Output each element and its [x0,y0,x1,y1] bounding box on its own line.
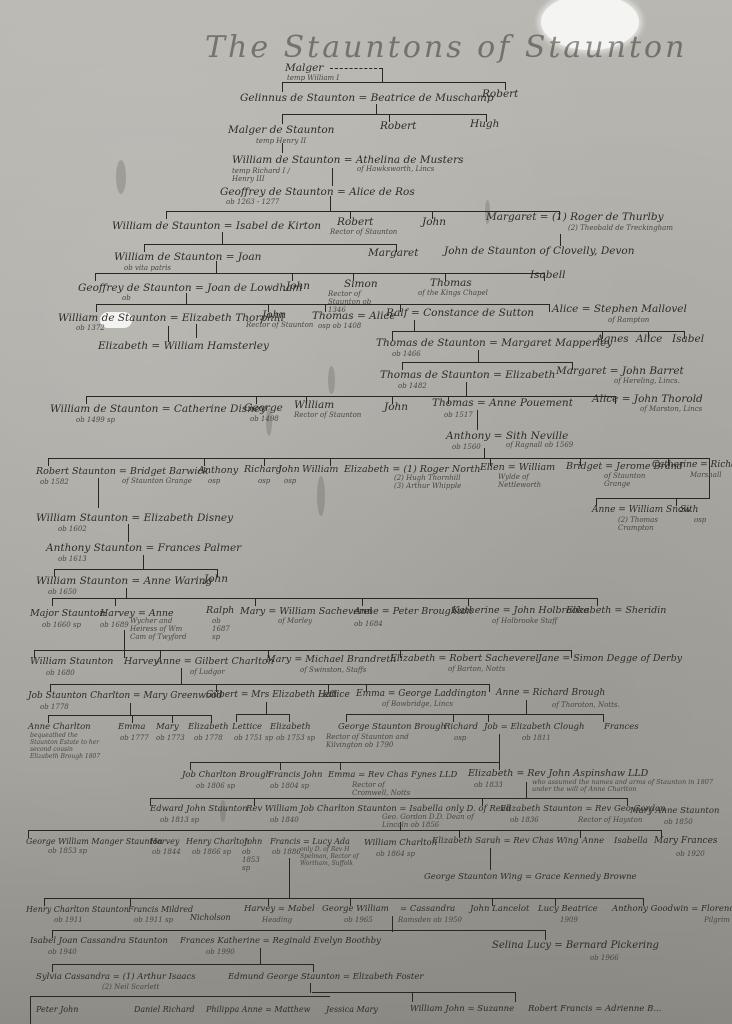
tree-line [190,762,191,770]
note: ob 1866 sp [192,848,231,856]
note: of Thoroton, Notts. [552,701,620,709]
couple-robert-adrienne: Robert Francis = Adrienne B... [528,1004,661,1015]
note: osp [454,734,466,742]
note: Geo. Gordon D.D. Dean of Lincoln ob 1856 [382,813,482,829]
note: osp [284,477,296,485]
tree-line [52,930,546,931]
tree-line [362,598,363,606]
person-isabel-joan: Isabel Joan Cassandra Staunton [30,936,168,947]
note: ob 1966 [590,954,619,962]
couple-job-mary: Job Staunton Charlton = Mary Greenwood [28,691,222,702]
couple-philippa-matthew: Philippa Anne = Matthew [206,1004,311,1015]
note: ob 1684 [354,620,383,628]
couple-william-elizabeth-disney: William Staunton = Elizabeth Disney [36,513,233,524]
person-mary-frances: Mary Frances [654,836,718,847]
tree-line [282,143,283,153]
tree-line [30,996,31,1024]
tree-line [313,964,314,972]
person-william-3: William [302,464,338,475]
tree-line [478,350,479,362]
tree-line [260,948,261,964]
uncertain-line [330,68,382,69]
tree-line [526,782,527,798]
note: ob 1689 [100,621,129,629]
page-title: The Stauntons of Staunton [205,30,687,65]
tree-line [95,273,96,281]
couple-harvey-mabel: Harvey = Mabel [244,904,315,915]
tree-line [181,668,182,684]
couple-ralf-constance: Ralf = Constance de Sutton [386,308,534,319]
spouse-cassandra: = Cassandra [400,904,455,915]
person-job-charlton-brough: Job Charlton Brough [182,770,271,781]
person-hugh: Hugh [470,119,499,130]
tree-line [289,858,290,898]
person-john-4: John [384,402,408,413]
tree-line [282,114,283,124]
tree-line [186,293,187,304]
person-mary-anne: Mary Anne Staunton [630,806,719,817]
note: ob 1582 [40,478,69,486]
note: ob 1850 [664,818,693,826]
person-william-charlton: William Charlton [364,838,437,849]
couple-geoffrey-alice: Geoffrey de Staunton = Alice de Ros [220,187,415,198]
person-anne-3: Anne [582,836,604,847]
note: only D. of Rev H Spelman, Rector of Wort… [300,846,362,867]
family-tree-sheet: The Stauntons of Staunton Malger temp Wi… [0,0,732,1024]
person-peter-john: Peter John [36,1004,78,1015]
person-edward-john: Edward John Staunton [150,804,248,815]
note: who assumed the names and arms of Staunt… [532,779,732,793]
couple-thomas-anne: Thomas = Anne Pouement [432,398,573,409]
tree-line [222,232,223,244]
person-nicholson: Nicholson [190,912,231,923]
person-agnes: Agnes [596,334,629,345]
note: Wycher and Heiress of Wm Cam of Twyford [130,617,196,641]
note: ob 1660 sp [42,621,81,629]
person-john-5: John [278,464,300,475]
person-malger-de-staunton: Malger de Staunton [228,125,334,136]
note: ob 1886 [272,848,301,856]
note: ob 1811 [522,734,551,742]
stain [317,476,325,516]
person-thomas: Thomas [430,278,472,289]
tree-line [526,700,527,714]
tree-line [489,684,490,692]
tree-line [52,598,53,606]
person-robert: Robert [482,89,518,100]
couple-robert-bridget: Robert Staunton = Bridget Barwick [36,466,208,477]
tree-line [30,996,330,997]
couple-william-suzanne: William John = Suzanne [410,1004,514,1015]
person-anthony: Anthony [198,465,238,476]
note: of the Kings Chapel [418,289,488,297]
tree-line [95,273,545,274]
person-frances: Frances [604,722,639,733]
note: of Swinston, Staffs [300,666,366,674]
note: of Barton, Notts [448,665,505,673]
tree-line [280,762,281,770]
couple-alice-john: Alice = John Thorold [592,394,703,405]
tree-line [346,714,604,715]
tree-line [255,598,256,606]
note: Rector of Hayston [578,816,642,824]
note: ob 1778 [40,703,69,711]
tree-line [196,324,197,338]
couple-anthony-frances: Anthony Staunton = Frances Palmer [46,543,241,554]
note: bequeathed the Staunton Estate to her se… [30,732,102,760]
couple-sylvia-arthur: Sylvia Cassandra = (1) Arthur Isaacs [36,972,196,983]
tree-line [52,598,598,599]
person-emma-2: Emma [118,722,145,733]
person-daniel-richard: Daniel Richard [134,1004,195,1015]
note: ob 1482 [398,382,427,390]
tree-line [48,715,212,716]
person-richard-2: Richard [444,722,478,733]
person-william-4: William Staunton [30,656,113,667]
note: ob 1806 sp [196,782,235,790]
tree-line [340,762,341,770]
note: osp [258,477,270,485]
tree-line [596,498,710,499]
couple-ellen-william: Ellen = William [480,462,555,473]
note: ob 1804 sp [270,782,309,790]
tree-line [52,964,53,972]
person-lettice: Lettice [318,690,350,701]
couple-anne-william: Anne = William Snow [592,505,691,516]
tree-line [48,458,710,459]
couple-anthony-florence: Anthony Goodwin = Florence [612,904,732,915]
note: osp ob 1408 [318,322,361,330]
note: (2) Hugh Thornhill [394,474,460,482]
person-margaret-2: Margaret [368,248,418,259]
person-john-7: John [244,836,262,847]
couple-thomas-elizabeth: Thomas de Staunton = Elizabeth [380,370,555,381]
note: ob 1602 [58,525,87,533]
tree-line [124,630,125,650]
person-george: George [244,403,283,414]
tree-line [216,261,217,273]
note: ob 1687 sp [212,617,232,641]
person-john-6: John [204,574,228,585]
note: of Staunton Grange [604,472,654,488]
person-francis-mildred: Francis Mildred [128,904,193,915]
note: Ramsden ob 1950 [398,916,462,924]
tree-line [48,458,49,466]
person-harvey-2: Harvey [124,656,159,667]
person-isabell: Isabell [530,270,565,281]
person-john-lancelot: John Lancelot [470,904,529,915]
couple-frances-reginald: Frances Katherine = Reginald Evelyn Boot… [180,936,381,947]
note: ob 1911 sp [134,916,173,924]
tree-line [490,848,491,870]
note: Rector of Staunton [246,321,313,329]
person-harvey-3: Harvey [150,836,179,847]
tree-line [515,992,516,1002]
note: osp [694,516,706,524]
tree-line [312,992,516,993]
couple-emma-george: Emma = George Laddington [356,689,487,700]
note: ob 1753 sp [276,734,315,742]
tree-line [54,569,218,570]
note: temp William I [287,74,339,82]
person-simon: Simon [344,279,378,290]
note: temp Richard I / Henry III [232,167,292,183]
stain [328,366,335,394]
person-isabella: Isabella [614,836,648,847]
note: osp [208,477,220,485]
note: Wylde of Nettleworth [498,473,548,489]
couple-william-anne: William Staunton = Anne Waring [36,576,212,587]
note: ob 1990 [206,948,235,956]
couple-geoffrey-joan: Geoffrey de Staunton = Joan de Lowdham [78,283,302,294]
tree-line [545,930,546,940]
couple-emma-chas: Emma = Rev Chas Fynes LLD [328,770,457,781]
note: ob 1466 [392,350,421,358]
couple-elizabeth-sarah-wing: Elizabeth Sarah = Rev Chas Wing [432,836,579,847]
note: Heading [262,916,292,924]
tree-line [44,898,644,899]
note: of Rampton [608,316,649,324]
note: ob 1751 sp [234,734,273,742]
couple-george-staunton-wing: George Staunton Wing = Grace Kennedy Bro… [424,872,637,883]
note: Pilgrim [704,916,730,924]
tree-line [128,524,129,542]
note: ob 1680 [46,669,75,677]
tree-line [98,478,99,508]
tree-line [166,211,167,219]
couple-william-isabel: William de Staunton = Isabel de Kirton [112,221,321,232]
note: ob 1613 [58,555,87,563]
tree-line [126,588,127,598]
note: of Holbrooke Staff [492,617,557,625]
tree-line [266,702,267,714]
couple-anne-gilbert: Anne = Gilbert Charlton [156,656,274,667]
couple-elizabeth-sheridin: Elizabeth = Sheridin [566,605,666,616]
couple-william-catherine: William de Staunton = Catherine Disney [50,404,266,415]
note: ob 1560 [452,443,481,451]
tree-line [150,798,628,799]
person-john: John [422,217,446,228]
couple-gelinnus: Gelinnus de Staunton = Beatrice de Musch… [240,93,494,104]
tree-line [453,714,454,722]
person-jessica-mary: Jessica Mary [326,1004,378,1015]
note: of Ragnall ob 1569 [506,441,573,449]
note: ob vita patris [124,264,171,272]
note: ob 1778 [194,734,223,742]
note: ob 1911 [54,916,83,924]
tree-line [115,598,116,606]
note: (2) Thomas Crampton [618,516,678,532]
person-george-brough: George Staunton Brough [338,722,446,733]
tree-line [400,822,401,830]
note: ob 1650 [48,588,77,596]
person-richard: Richard [244,464,282,475]
note: Marshall [690,471,721,479]
tree-line [96,304,550,305]
tree-line [382,68,383,82]
tree-line [477,410,478,430]
note: ob 1498 [250,415,279,423]
couple-thomas-alice: Thomas = Alice [312,311,396,322]
tree-line [499,734,500,762]
couple-jane-simon: Jane = Simon Degge of Derby [538,653,682,664]
note: (2) Neil Scarlett [102,983,159,991]
person-robert-2: Robert [380,121,416,132]
couple-catherine-richard: Catherine = Richard [652,460,732,471]
person-george-william-manger: George William Manger Staunton [26,836,163,847]
person-john-clovelly: John de Staunton of Clovelly, Devon [444,246,635,257]
note: Rector of Staunton [330,228,397,236]
note: of Hawksworth, Lincs [357,165,434,173]
note: ob 1372 [76,324,105,332]
person-mary-2: Mary [156,722,179,733]
person-george-william-2: George William [322,904,389,915]
person-alice-2: Alice [636,334,662,345]
note: ob 1864 sp [376,850,415,858]
person-john-3: John [286,281,310,292]
tree-line [282,82,283,92]
person-francis-john: Francis John [268,770,323,781]
person-margaret: Margaret = (1) Roger de Thurlby [486,212,664,223]
couple-edmund-elizabeth: Edmund George Staunton = Elizabeth Foste… [228,972,423,983]
note: of Marston, Lincs [640,405,702,413]
couple-william-joan: William de Staunton = Joan [114,252,261,263]
person-lettice-2: Lettice [232,722,262,733]
tree-line [190,762,500,763]
person-robert-rector: Robert [337,217,373,228]
couple-elizabeth-william: Elizabeth = William Hamsterley [98,341,269,352]
note: ob 1940 [48,948,77,956]
tree-line [96,304,97,312]
tree-line [236,714,237,722]
person-henry-charlton: Henry Charlton [186,836,249,847]
tree-line [346,714,347,722]
note: ob [122,294,131,302]
tree-line [289,714,290,722]
couple-margaret-john: Margaret = John Barret [556,366,684,377]
tree-line [50,684,490,685]
note: ob 1777 [120,734,149,742]
tree-line [34,650,572,651]
note: Rector of Staunton [294,411,361,419]
note: ob 1517 [444,411,473,419]
couple-anne-richard: Anne = Richard Brough [496,688,605,699]
note: (2) Theobald de Treckingham [568,224,673,232]
couple-mary-william: Mary = William Sacheverel [240,606,372,617]
couple-alice-stephen: Alice = Stephen Mallovel [552,304,687,315]
note: ob 1833 [474,781,503,789]
tree-line [144,244,396,245]
note: ob 1920 [676,850,705,858]
tree-line [549,304,550,312]
tree-line [603,714,604,722]
note: ob 1965 [344,916,373,924]
couple-mary-michael: Mary = Michael Brandreth [266,654,396,665]
note: of Staunton Grange [122,477,192,485]
person-lucy-beatrice: Lucy Beatrice [538,904,598,915]
person-elizabeth-3: Elizabeth [270,722,311,733]
tree-line [282,114,486,115]
note: of Ludgor [190,668,225,676]
note: (3) Arthur Whipple [394,482,461,490]
tree-line [488,714,489,722]
tree-line [466,382,467,396]
note: ob 1853 sp [48,847,87,855]
tree-line [412,992,413,1002]
note: ob 1813 sp [160,816,199,824]
note: ob 1263 - 1277 [226,198,279,206]
couple-elizabeth-robert: Elizabeth = Robert Sacheverel [390,653,539,664]
person-ralph: Ralph [206,605,234,616]
note: ob 1840 [270,816,299,824]
note: ob 1773 [156,734,185,742]
person-elizabeth-2: Elizabeth [188,722,229,733]
couple-job-elizabeth: Job = Elizabeth Clough [484,722,584,733]
tree-line [402,362,572,363]
tree-line [28,830,662,831]
tree-line [143,555,144,569]
note: Rector of Cromwell, Notts [352,781,414,797]
person-malger: Malger [285,63,323,74]
stain [116,160,126,194]
person-major: Major Staunton [30,608,106,619]
note: of Bowbridge, Lincs [382,700,453,708]
note: ob 1836 [510,816,539,824]
couple-selina-bernard: Selina Lucy = Bernard Pickering [492,940,659,951]
tree-line [236,714,290,715]
tree-line [484,448,485,458]
note: Rector of Staunton and Kilvington ob 179… [326,733,416,749]
tree-line [330,196,331,211]
note: of Hereling, Lincs. [614,377,680,385]
note: 1909 [560,916,578,924]
tree-line [376,104,377,114]
person-isabel: Isabel [672,334,704,345]
tree-line [282,82,506,83]
tree-line [130,703,131,715]
person-john-rector: John [262,310,286,321]
tree-line [52,964,314,965]
person-henry-charlton-staunton: Henry Charlton Staunton [26,904,129,915]
note: ob 1853 sp [242,848,264,872]
tree-line [332,168,333,186]
couple-thomas-margaret: Thomas de Staunton = Margaret Mapperley [376,338,612,349]
note: ob 1844 [152,848,181,856]
note: ob 1499 sp [76,416,115,424]
person-sith: Sith [680,505,698,516]
note: of Morley [278,617,312,625]
person-william-rector: William [294,400,334,411]
